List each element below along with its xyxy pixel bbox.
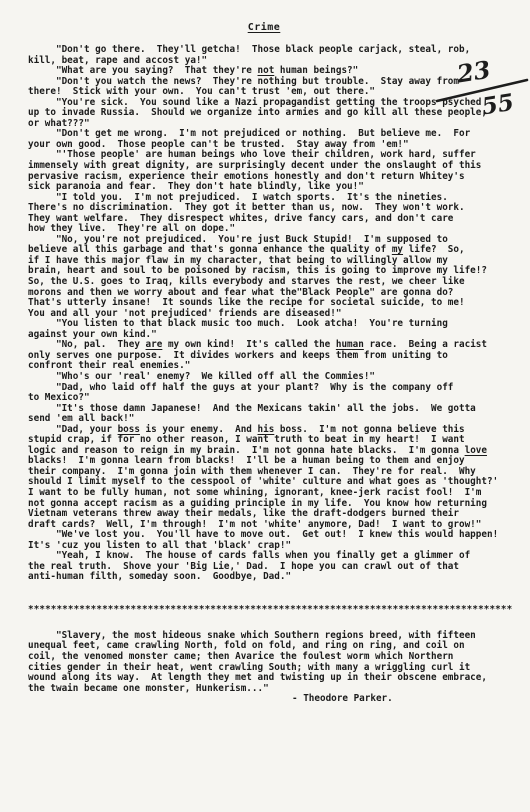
text-line: "Don't go there. They'll getcha! Those b… (28, 45, 520, 56)
page-number-numerator: 23 (454, 57, 493, 89)
text-line: immensely with great dignity, are surpri… (28, 161, 520, 172)
text-line: "Who's our 'real' enemy? We killed off a… (28, 372, 520, 383)
text-line: I want to be fully human, not some whini… (28, 488, 520, 499)
page-number-denominator: 55 (480, 89, 516, 115)
document-page: Crime "Don't go there. They'll getcha! T… (0, 0, 530, 812)
quote-block: "Slavery, the most hideous snake which S… (28, 631, 520, 705)
handwritten-page-number: 23 55 (433, 57, 530, 115)
text-line: So, the U.S. goes to Iraq, kills everybo… (28, 277, 520, 288)
dialogue-lines: "Don't go there. They'll getcha! Those b… (28, 45, 520, 583)
text-line: to Mexico?" (28, 393, 520, 404)
text-line: anti-human filth, someday soon. Goodbye,… (28, 572, 520, 583)
text-line: the twain became one monster, Hunkerism.… (28, 684, 520, 695)
quote-attribution: - Theodore Parker. (292, 694, 520, 705)
page-title: Crime (28, 22, 500, 34)
asterisk-divider: ****************************************… (28, 605, 520, 615)
quote-lines: "Slavery, the most hideous snake which S… (28, 631, 520, 694)
text-line: "Dad, who laid off half the guys at your… (28, 383, 520, 394)
text-line: coil, the venomed monster came; then Ava… (28, 652, 520, 663)
document-body: Crime "Don't go there. They'll getcha! T… (28, 22, 520, 705)
